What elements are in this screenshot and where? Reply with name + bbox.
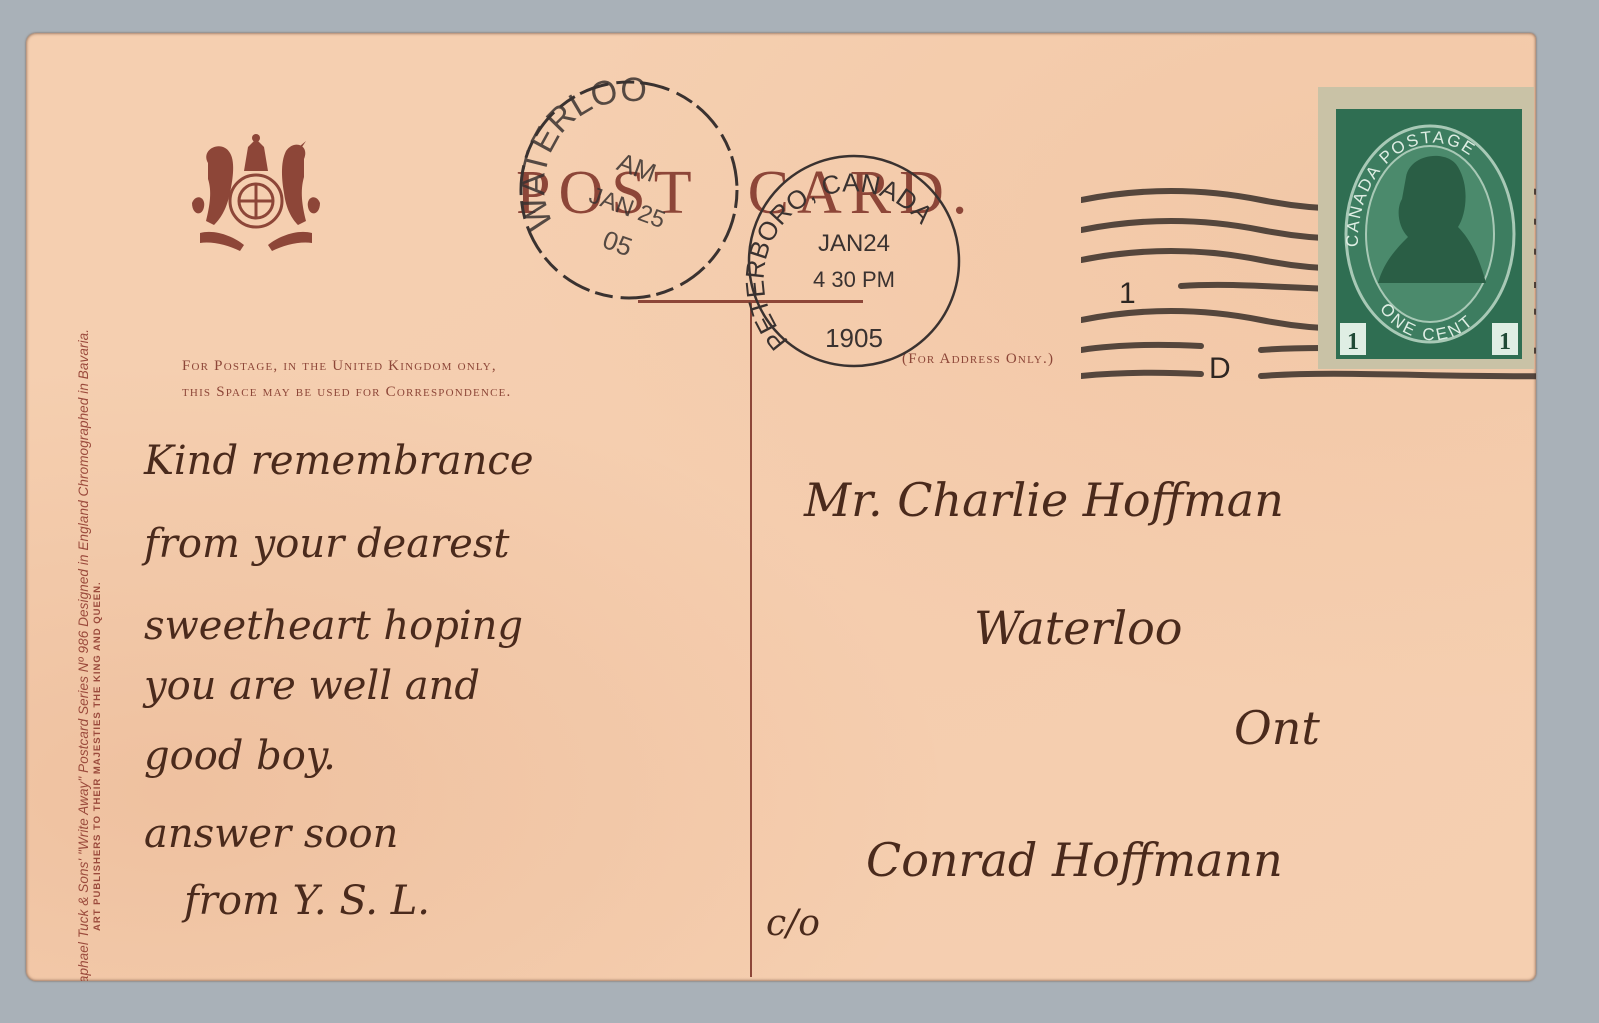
address-line: Ont	[1234, 701, 1320, 755]
correspondence-notice: For Postage, in the United Kingdom only,…	[182, 353, 512, 405]
waterloo-postmark-year: 05	[599, 224, 636, 262]
postage-stamp: CANADA POSTAGE ONE CENT 1 1	[1318, 87, 1534, 369]
publisher-imprint-line1: Raphael Tuck & Sons' "Write Away" Postca…	[76, 329, 91, 981]
message-line: Kind remembrance	[144, 438, 534, 484]
peterborough-postmark-time: 4 30 PM	[813, 267, 895, 292]
publisher-imprint-line2: ART PUBLISHERS TO THEIR MAJESTIES THE KI…	[92, 329, 103, 931]
peterborough-postmark-year: 1905	[825, 323, 883, 353]
stamp-value-right: 1	[1499, 329, 1511, 355]
waterloo-postmark-ampm: AM	[613, 147, 660, 189]
message-line: sweetheart hoping	[144, 603, 523, 649]
waterloo-postmark-date: JAN 25	[586, 182, 669, 234]
publisher-imprint: Raphael Tuck & Sons' "Write Away" Postca…	[76, 329, 103, 981]
postcard-back: Raphael Tuck & Sons' "Write Away" Postca…	[26, 33, 1536, 981]
message-line: answer soon	[144, 811, 398, 857]
machine-cancel-letter: D	[1209, 352, 1231, 385]
peterborough-postmark: PETERBORO, CANADA JAN24 4 30 PM 1905	[744, 151, 964, 376]
stamp-value-left: 1	[1347, 329, 1359, 355]
message-line: from your dearest	[144, 521, 509, 567]
correspondence-notice-line2: this Space may be used for Correspondenc…	[182, 379, 512, 405]
message-line: good boy.	[144, 733, 336, 779]
vertical-divider	[750, 301, 752, 977]
machine-cancel-numeral: 1	[1119, 277, 1136, 310]
address-line: Conrad Hoffmann	[866, 833, 1283, 887]
waterloo-postmark: WATERLOO AM JAN 25 05	[514, 75, 744, 310]
correspondence-notice-line1: For Postage, in the United Kingdom only,	[182, 353, 512, 379]
peterborough-postmark-date: JAN24	[818, 230, 890, 257]
address-line: Mr. Charlie Hoffman	[804, 473, 1284, 527]
care-of-mark: c/o	[766, 903, 820, 944]
message-line: you are well and	[144, 663, 480, 709]
address-line: Waterloo	[974, 601, 1183, 655]
royal-coat-of-arms-icon	[186, 133, 326, 255]
message-signature: from Y. S. L.	[184, 878, 430, 924]
